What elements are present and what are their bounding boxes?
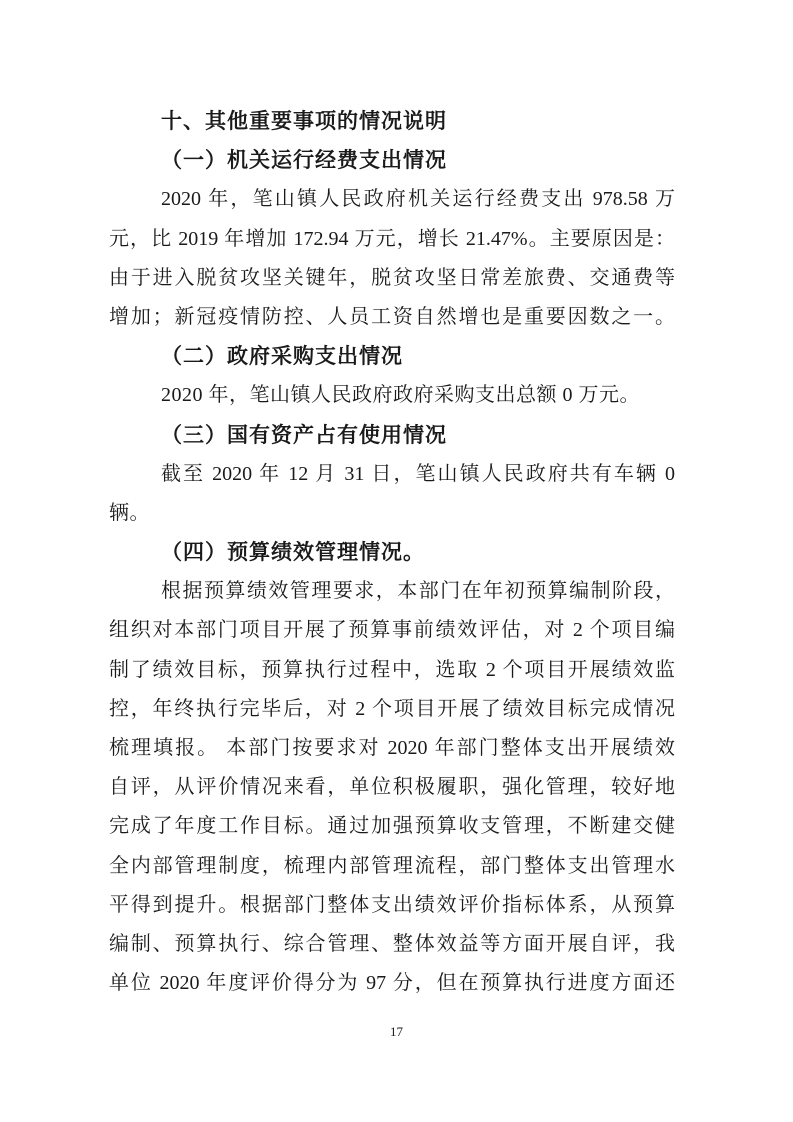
- paragraph-line: 增加；新冠疫情防控、人员工资自然增也是重要因数之一。: [109, 298, 675, 337]
- paragraph-line: 制了绩效目标，预算执行过程中，选取 2 个项目开展绩效监: [109, 651, 675, 690]
- paragraph-line: 辆。: [109, 494, 675, 533]
- paragraph-line: 截至 2020 年 12 月 31 日，笔山镇人民政府共有车辆 0: [109, 455, 675, 494]
- section-heading-main: 十、其他重要事项的情况说明: [109, 102, 675, 141]
- subsection-heading-1: （一）机关运行经费支出情况: [109, 141, 675, 180]
- paragraph-line: 梳理填报。 本部门按要求对 2020 年部门整体支出开展绩效: [109, 729, 675, 768]
- paragraph-line: 元，比 2019 年增加 172.94 万元，增长 21.47%。主要原因是：: [109, 220, 675, 259]
- subsection-heading-4: （四）预算绩效管理情况。: [109, 533, 675, 572]
- paragraph-line: 组织对本部门项目开展了预算事前绩效评估，对 2 个项目编: [109, 611, 675, 650]
- paragraph-line: 2020 年，笔山镇人民政府机关运行经费支出 978.58 万: [109, 180, 675, 219]
- paragraph-line: 完成了年度工作目标。通过加强预算收支管理，不断建交健: [109, 807, 675, 846]
- paragraph-line: 全内部管理制度，梳理内部管理流程，部门整体支出管理水: [109, 847, 675, 886]
- subsection-heading-3: （三）国有资产占有使用情况: [109, 416, 675, 455]
- document-body: 十、其他重要事项的情况说明 （一）机关运行经费支出情况 2020 年，笔山镇人民…: [109, 102, 675, 1003]
- subsection-heading-2: （二）政府采购支出情况: [109, 337, 675, 376]
- page-number: 17: [0, 1022, 793, 1042]
- paragraph-line: 编制、预算执行、综合管理、整体效益等方面开展自评，我: [109, 925, 675, 964]
- document-page: 十、其他重要事项的情况说明 （一）机关运行经费支出情况 2020 年，笔山镇人民…: [0, 0, 793, 1122]
- paragraph-line: 2020 年，笔山镇人民政府政府采购支出总额 0 万元。: [109, 376, 675, 415]
- paragraph-line: 控，年终执行完毕后，对 2 个项目开展了绩效目标完成情况: [109, 690, 675, 729]
- paragraph-line: 自评，从评价情况来看，单位积极履职，强化管理，较好地: [109, 768, 675, 807]
- paragraph-line: 平得到提升。根据部门整体支出绩效评价指标体系，从预算: [109, 886, 675, 925]
- paragraph-line: 根据预算绩效管理要求，本部门在年初预算编制阶段，: [109, 572, 675, 611]
- paragraph-line: 单位 2020 年度评价得分为 97 分，但在预算执行进度方面还: [109, 964, 675, 1003]
- paragraph-line: 由于进入脱贫攻坚关键年，脱贫攻坚日常差旅费、交通费等: [109, 259, 675, 298]
